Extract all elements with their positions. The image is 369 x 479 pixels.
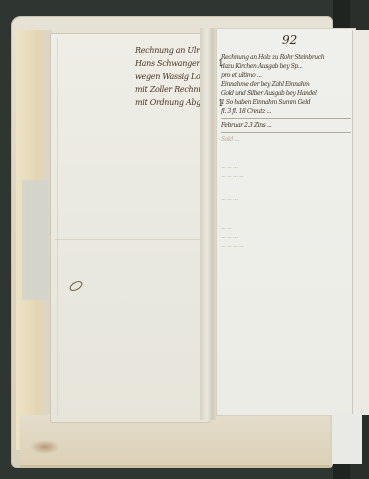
entry-line-faded: Sold ...	[221, 135, 351, 144]
docket-line: Hans Schwanger Ehe-	[135, 57, 205, 70]
entry-line: Gold und Silber Ausgab bey Handel	[221, 89, 351, 98]
left-folded-sheet: Rechnung an Ulrich Hans Schwanger Ehe- w…	[50, 33, 210, 423]
far-right-page-edge	[352, 30, 369, 415]
far-right-bottom-sheet	[332, 414, 362, 464]
entry-line-faded: ... ... ...	[221, 162, 351, 171]
entry-line: pro et ultimo ...	[221, 71, 351, 80]
entry-line: fl. 3 fl. 18 Creutz ...	[221, 107, 351, 116]
ruled-line	[221, 132, 351, 133]
entry-line-faded: ... ...	[221, 223, 351, 232]
entry-line-faded: ... ... ...	[221, 194, 351, 203]
entry-line: 1 So haben Einnahm Summ Geld	[221, 98, 351, 107]
docket-line: Rechnung an Ulrich	[135, 44, 205, 57]
entry-line: Einnahme der bey Zahl Einnahm	[221, 80, 351, 89]
stain-mark	[30, 440, 60, 454]
docket-line: wegen Wassig Lohn hol.	[135, 70, 205, 83]
entry-line-faded: ... ... ...	[221, 232, 351, 241]
ruled-line	[221, 118, 351, 119]
right-manuscript-page: 92 1 1 Rechnung an Holz zu Rohr Steinbru…	[216, 28, 356, 416]
docket-line: mit Ordnung Abgan.	[135, 96, 205, 109]
entry-line: dazu Kirchen Ausgab bey Sp...	[221, 62, 351, 71]
wrapper-left-discoloration	[22, 180, 48, 300]
entry-line-faded: ... ... ... ...	[221, 171, 351, 180]
entry-line-faded: ... ... ... ...	[221, 241, 351, 250]
docket-line: mit Zoller Rechnung	[135, 83, 205, 96]
fold-line	[55, 239, 205, 240]
ledger-entries: Rechnung an Holz zu Rohr Steinbruch dazu…	[221, 53, 351, 250]
entry-line: Rechnung an Holz zu Rohr Steinbruch	[221, 53, 351, 62]
entry-line: Februar 2.3 Zins ...	[221, 121, 351, 130]
docket-annotation: Rechnung an Ulrich Hans Schwanger Ehe- w…	[135, 44, 205, 109]
page-number: 92	[282, 33, 297, 47]
